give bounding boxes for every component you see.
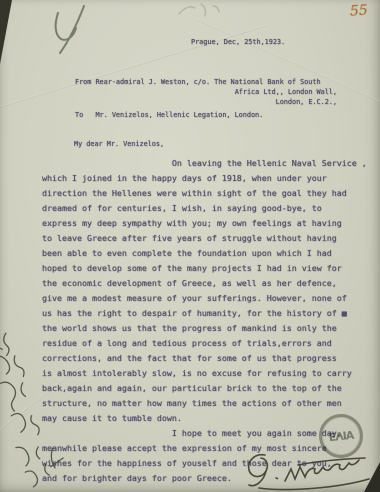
recipient-line: To Mr. Venizelos, Hellenic Legation, Lon… (75, 110, 263, 120)
dateline: Prague, Dec, 25th,1923. (191, 37, 285, 47)
stamp-monogram: ΕΛΙΑ (328, 428, 354, 444)
pencil-numeral-annotation (46, 3, 102, 55)
torn-corner-shadow (0, 0, 12, 64)
archive-page-number: 55 (350, 2, 369, 19)
salutation: My dear Mr. Venizelos, (74, 139, 164, 149)
sender-address-line: From Rear-admiral J. Weston, c/o. The Na… (75, 77, 321, 87)
signature-handwriting (243, 447, 375, 492)
sender-address-line: London, E.C.2., (276, 97, 337, 107)
margin-handwriting (0, 320, 58, 492)
faint-pencil-marks (175, 0, 223, 20)
letter-scan-page: 55 Prague, Dec, 25th,1923. From Rear-adm… (0, 0, 380, 492)
sender-address-line: Africa Ltd,, London Wall, (235, 87, 337, 97)
